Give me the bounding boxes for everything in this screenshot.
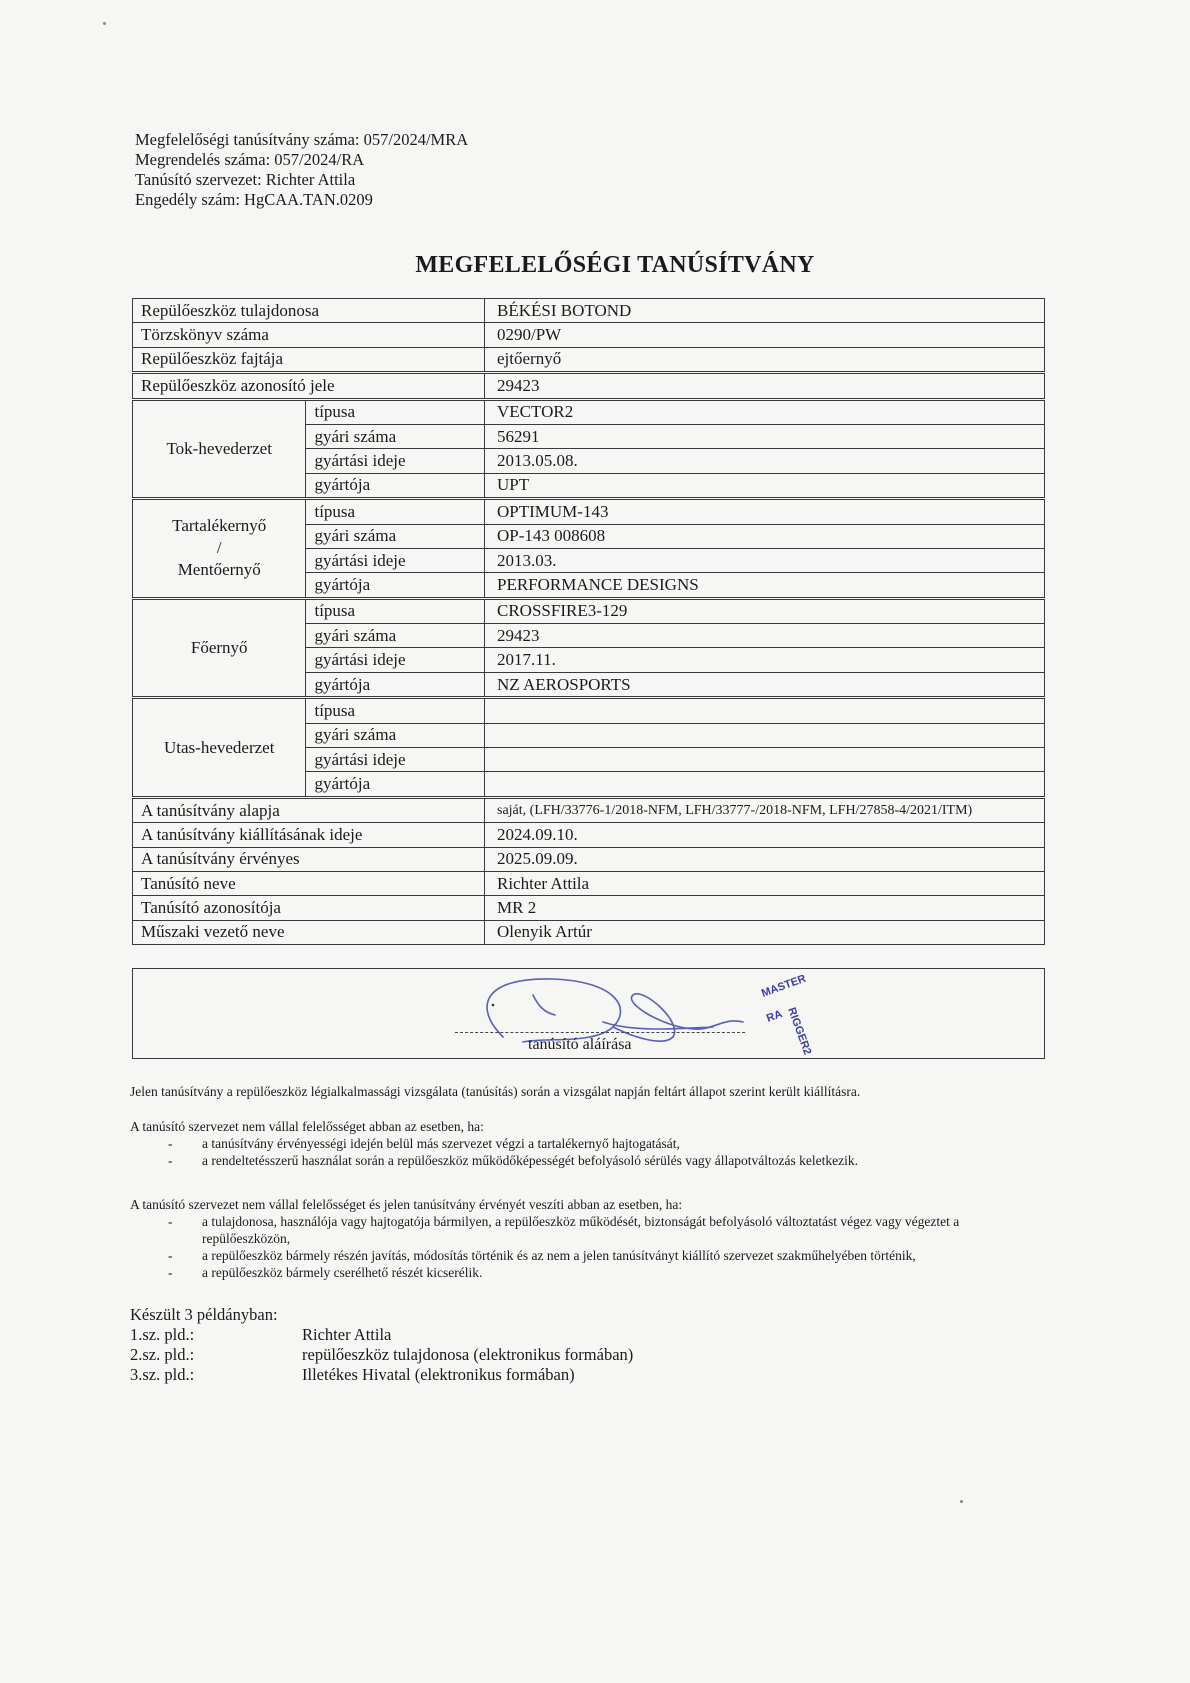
row-value: 2024.09.10. [485,823,1045,847]
table-row: Törzskönyv száma0290/PW [133,323,1045,347]
list-item: -a repülőeszköz bármely részén javítás, … [130,1247,1030,1264]
row-value: 56291 [485,424,1045,448]
group-label: Tok-hevederzet [133,399,306,499]
license-number: Engedély szám: HgCAA.TAN.0209 [135,190,468,210]
row-label: Tanúsító azonosítója [133,896,485,920]
sub-label: gyári száma [306,424,485,448]
row-label: A tanúsítvány kiállításának ideje [133,823,485,847]
bullet-dash: - [168,1213,173,1230]
signature-scribble-icon: MASTER RIGGER2 RA [463,967,823,1062]
row-value [485,772,1045,797]
copy-number: 3.sz. pld.: [130,1365,302,1385]
validity-statement: Jelen tanúsítvány a repülőeszköz légialk… [130,1083,1030,1100]
table-row: A tanúsítvány kiállításának ideje2024.09… [133,823,1045,847]
row-value [485,748,1045,772]
row-value: saját, (LFH/33776-1/2018-NFM, LFH/33777-… [485,797,1045,822]
copy-row: 3.sz. pld.:Illetékes Hivatal (elektronik… [130,1365,633,1385]
row-value: 29423 [485,624,1045,648]
row-value: OPTIMUM-143 [485,499,1045,524]
table-row: A tanúsítvány érvényes2025.09.09. [133,847,1045,871]
row-value [485,723,1045,747]
table-row: FőernyőtípusaCROSSFIRE3-129 [133,598,1045,623]
signature-line [455,1032,745,1033]
certificate-table: Repülőeszköz tulajdonosaBÉKÉSI BOTONDTör… [132,298,1045,945]
bullet-dash: - [168,1152,173,1169]
group-label: Utas-hevederzet [133,698,306,798]
row-value: BÉKÉSI BOTOND [485,299,1045,323]
copies-title: Készült 3 példányban: [130,1305,633,1325]
table-row: Repülőeszköz fajtájaejtőernyő [133,347,1045,372]
row-label: A tanúsítvány alapja [133,797,485,822]
sub-label: gyártási ideje [306,548,485,572]
row-value: 0290/PW [485,323,1045,347]
sub-label: gyártási ideje [306,648,485,672]
row-value: Olenyik Artúr [485,920,1045,944]
row-label: Műszaki vezető neve [133,920,485,944]
group-label: Főernyő [133,598,306,698]
list-item: -a rendeltetésszerű használat során a re… [130,1152,1030,1169]
table-row: A tanúsítvány alapjasaját, (LFH/33776-1/… [133,797,1045,822]
sub-label: típusa [306,399,485,424]
copy-number: 2.sz. pld.: [130,1345,302,1365]
row-label: Tanúsító neve [133,871,485,895]
sub-label: gyári száma [306,624,485,648]
row-label: Repülőeszköz fajtája [133,347,485,372]
copy-number: 1.sz. pld.: [130,1325,302,1345]
row-label: Repülőeszköz azonosító jele [133,373,485,399]
scan-speck [960,1500,963,1503]
bullet-dash: - [168,1135,173,1152]
certificate-header: Megfelelőségi tanúsítvány száma: 057/202… [135,130,468,210]
svg-text:RA: RA [765,1008,784,1025]
row-value: 2025.09.09. [485,847,1045,871]
table-row: Tanúsító azonosítójaMR 2 [133,896,1045,920]
copy-recipient: repülőeszköz tulajdonosa (elektronikus f… [302,1345,633,1365]
signature-label: tanúsító aláírása [528,1036,632,1054]
liability-clause-2: A tanúsító szervezet nem vállal felelőss… [130,1196,1030,1281]
sub-label: gyártója [306,772,485,797]
row-label: Repülőeszköz tulajdonosa [133,299,485,323]
row-value: 2013.03. [485,548,1045,572]
sub-label: gyártási ideje [306,748,485,772]
svg-text:RIGGER2: RIGGER2 [785,1006,813,1057]
bullet-dash: - [168,1264,173,1281]
row-value: PERFORMANCE DESIGNS [485,573,1045,598]
table-row: Tanúsító neveRichter Attila [133,871,1045,895]
sub-label: gyártója [306,473,485,498]
table-row: Tartalékernyő/MentőernyőtípusaOPTIMUM-14… [133,499,1045,524]
copy-row: 2.sz. pld.:repülőeszköz tulajdonosa (ele… [130,1345,633,1365]
order-number: Megrendelés száma: 057/2024/RA [135,150,468,170]
copy-recipient: Illetékes Hivatal (elektronikus formában… [302,1365,575,1385]
row-label: A tanúsítvány érvényes [133,847,485,871]
sub-label: gyári száma [306,524,485,548]
table-row: Műszaki vezető neveOlenyik Artúr [133,920,1045,944]
certificate-number: Megfelelőségi tanúsítvány száma: 057/202… [135,130,468,150]
row-value: UPT [485,473,1045,498]
row-value: NZ AEROSPORTS [485,672,1045,697]
row-value: ejtőernyő [485,347,1045,372]
row-value: 2013.05.08. [485,449,1045,473]
row-label: Törzskönyv száma [133,323,485,347]
row-value: 2017.11. [485,648,1045,672]
sub-label: gyártója [306,573,485,598]
table-row: Tok-hevederzettípusaVECTOR2 [133,399,1045,424]
row-value: MR 2 [485,896,1045,920]
group-label: Tartalékernyő/Mentőernyő [133,499,306,599]
sub-label: gyártója [306,672,485,697]
row-value: VECTOR2 [485,399,1045,424]
copies-section: Készült 3 példányban: 1.sz. pld.:Richter… [130,1305,633,1385]
table-row: Repülőeszköz azonosító jele29423 [133,373,1045,399]
sub-label: típusa [306,499,485,524]
row-value [485,698,1045,723]
table-row: Utas-hevederzettípusa [133,698,1045,723]
certifying-organization: Tanúsító szervezet: Richter Attila [135,170,468,190]
bullet-dash: - [168,1247,173,1264]
row-value: OP-143 008608 [485,524,1045,548]
liability-clause-1: A tanúsító szervezet nem vállal felelőss… [130,1118,1030,1169]
sub-label: gyártási ideje [306,449,485,473]
sub-label: típusa [306,698,485,723]
copy-recipient: Richter Attila [302,1325,391,1345]
stamp-text: MASTER [760,973,808,1000]
scan-speck [103,22,106,25]
document-title: MEGFELELŐSÉGI TANÚSÍTVÁNY [0,252,1190,279]
sub-label: típusa [306,598,485,623]
row-value: Richter Attila [485,871,1045,895]
sub-label: gyári száma [306,723,485,747]
table-row: Repülőeszköz tulajdonosaBÉKÉSI BOTOND [133,299,1045,323]
signature-box: MASTER RIGGER2 RA tanúsító aláírása [132,968,1045,1059]
row-value: CROSSFIRE3-129 [485,598,1045,623]
copy-row: 1.sz. pld.:Richter Attila [130,1325,633,1345]
row-value: 29423 [485,373,1045,399]
list-item: -a tulajdonosa, használója vagy hajtogat… [130,1213,1030,1247]
list-item: -a tanúsítvány érvényességi idején belül… [130,1135,1030,1152]
list-item: -a repülőeszköz bármely cserélhető részé… [130,1264,1030,1281]
